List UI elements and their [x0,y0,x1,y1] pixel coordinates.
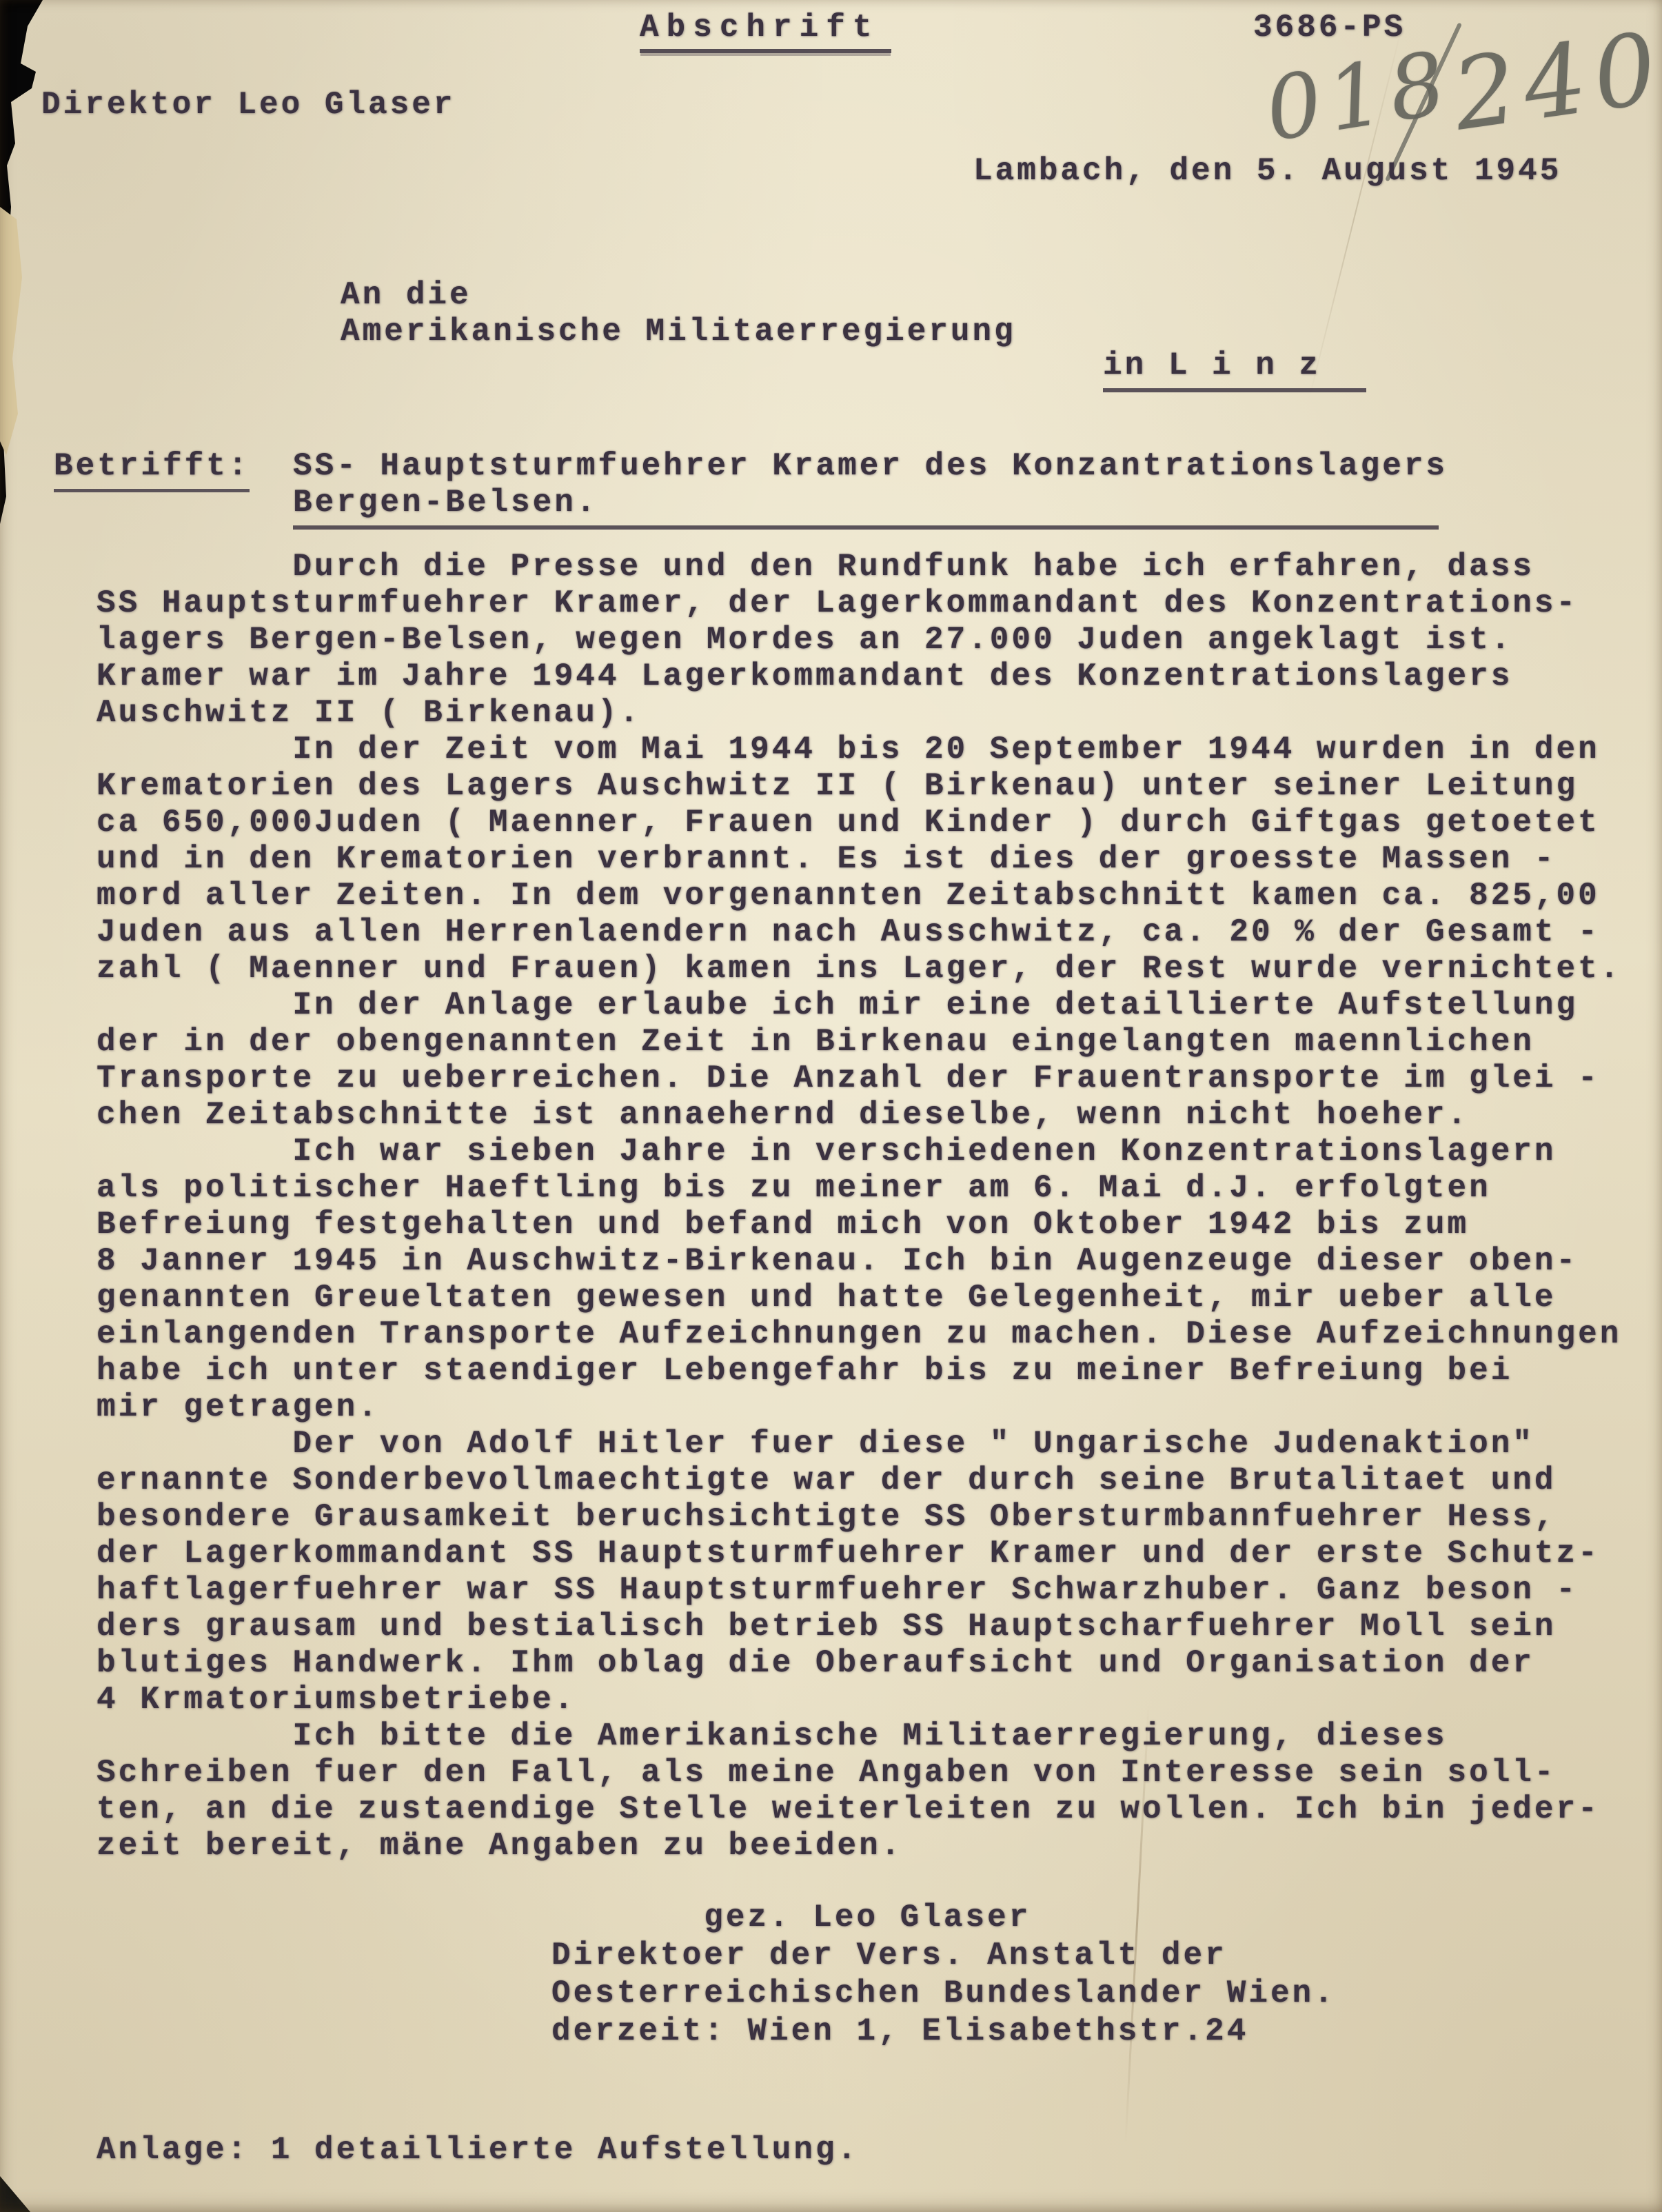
sender-line: Direktor Leo Glaser [41,87,456,123]
enclosure-line: Anlage: 1 detaillierte Aufstellung. [97,2132,859,2169]
subject-line-2: Bergen-Belsen. [293,485,1439,521]
signature-block: gez. Leo Glaser Direktoer der Vers. Anst… [551,1899,1336,2051]
scanned-letter-page: Abschrift 3686-PS Direktor Leo Glaser 01… [0,0,1662,2212]
recipient-location: in L i n z [1103,348,1366,392]
letter-body: Durch die Presse und den Rundfunk habe i… [97,549,1621,1864]
copy-label: Abschrift [640,10,891,53]
handwritten-number-right: 240 [1446,10,1662,152]
torn-corner-bottom-left [0,2171,69,2212]
subject-underline-rule: Bergen-Belsen. [293,485,1439,530]
recipient-block: An die Amerikanische Militaerregierung [341,277,1016,350]
subject-label: Betrifft: [54,448,250,492]
handwritten-number-left: 018 [1259,32,1459,161]
subject-line-1: SS- Hauptsturmfuehrer Kramer des Konzant… [293,448,1448,485]
dateline: Lambach, den 5. August 1945 [973,153,1561,190]
